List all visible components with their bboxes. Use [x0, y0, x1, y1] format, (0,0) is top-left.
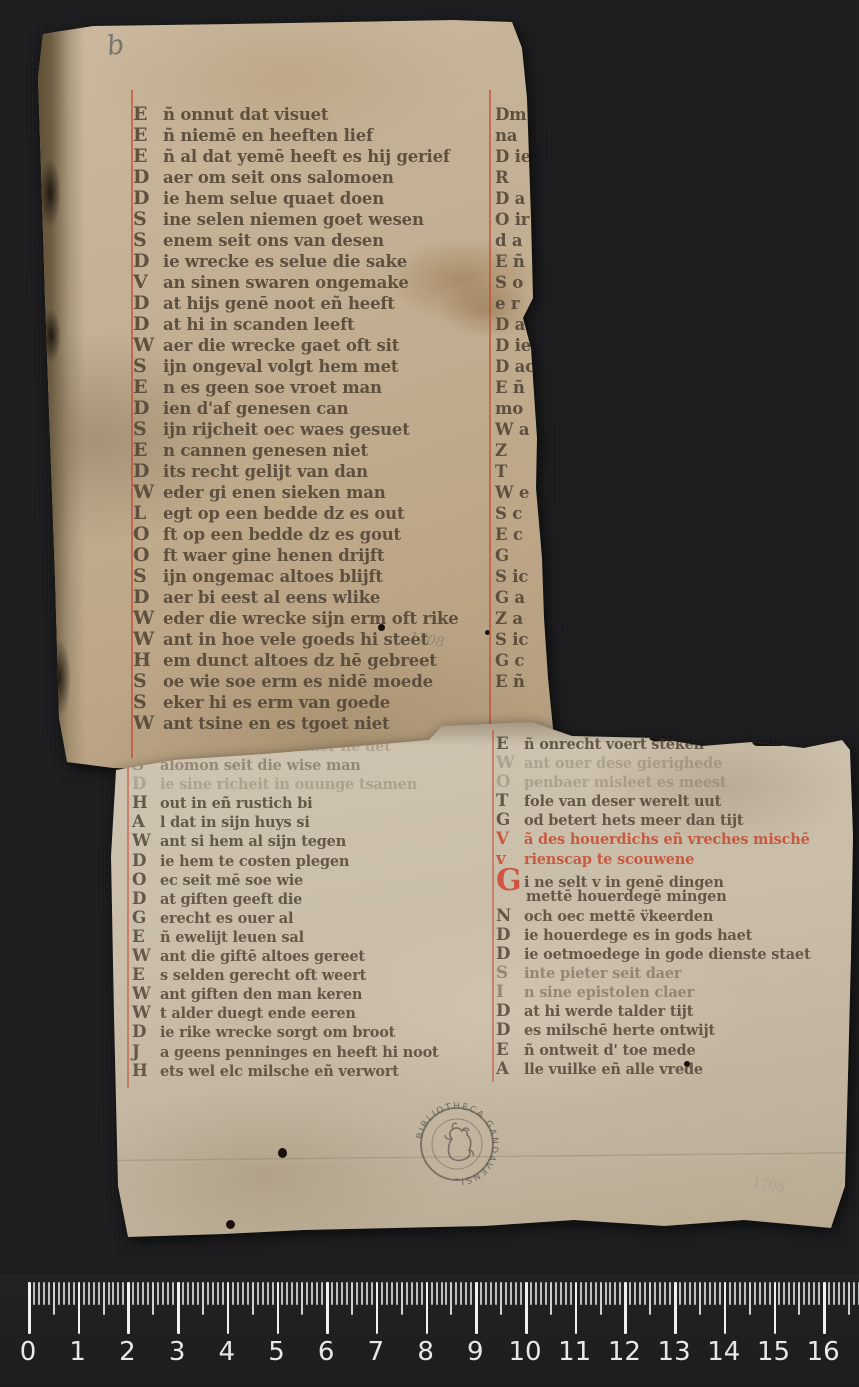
line-initial: D — [133, 251, 163, 272]
manuscript-line: Dm — [495, 104, 559, 125]
ruler-tick — [689, 1282, 691, 1305]
manuscript-line: Gerecht es ouer al — [132, 908, 439, 927]
ruler-tick — [798, 1282, 800, 1315]
manuscript-line: G c — [495, 650, 559, 671]
manuscript-line: In sine epistolen claer — [496, 982, 810, 1001]
ruler-tick — [649, 1282, 651, 1315]
manuscript-line: S ic — [495, 566, 559, 587]
line-text: ant in hoe vele goeds hi steet — [163, 630, 428, 649]
line-text: ñ onrecht voert steken — [524, 736, 704, 753]
line-text: ñ al dat yemē heeft es hij gerief — [163, 147, 450, 166]
manuscript-line: G a — [495, 587, 559, 608]
line-initial: D — [133, 167, 163, 188]
manuscript-line: Hout in eñ rustich bi — [132, 793, 439, 812]
line-initial: A — [496, 1059, 524, 1078]
ruler-tick — [530, 1282, 532, 1305]
line-text: Z a — [495, 609, 523, 628]
parchment-bottom-surface: 1708 Waer tsijn ware oft daer he uetSalo… — [104, 716, 858, 1240]
parchment-top-surface: b 1708 Eñ onnut dat visuetEñ niemē en he… — [33, 18, 561, 774]
ruler-tick — [788, 1282, 790, 1305]
ruler-tick — [555, 1282, 557, 1305]
ruler-tick — [803, 1282, 805, 1305]
ruler-tick — [291, 1282, 293, 1305]
ruler-tick — [674, 1282, 677, 1334]
line-text: d a — [495, 231, 522, 250]
line-text: G a — [495, 588, 525, 607]
manuscript-line: W e — [495, 482, 559, 503]
ruler-tick — [565, 1282, 567, 1305]
ruler-tick — [585, 1282, 587, 1305]
line-text: ñ niemē en heeften lief — [163, 126, 373, 145]
ruler-tick — [629, 1282, 631, 1305]
ruler-tick — [127, 1282, 130, 1334]
manuscript-line: Seker hi es erm van goede — [133, 692, 459, 713]
pencil-mark-b: b — [105, 29, 126, 62]
line-text: ijn rijcheit oec waes gesuet — [163, 420, 410, 439]
ruler-tick — [192, 1282, 194, 1305]
ruler-tick — [828, 1282, 830, 1305]
line-initial: V — [133, 272, 163, 293]
line-text: D ie — [495, 147, 531, 166]
line-initial: D — [496, 925, 524, 944]
line-initial: E — [132, 965, 160, 984]
manuscript-line: R — [495, 167, 559, 188]
ruler-tick — [132, 1282, 134, 1305]
ruler-tick — [88, 1282, 90, 1305]
ruler-tick — [540, 1282, 542, 1305]
library-stamp: BIBLIOTHECA GANDAVENSIS ❧ — [411, 1098, 503, 1190]
manuscript-line: En cannen genesen niet — [133, 440, 459, 461]
manuscript-line: D ie — [495, 146, 559, 167]
manuscript-line: Es selden gerecht oft weert — [132, 965, 439, 984]
ruler-tick — [436, 1282, 438, 1305]
ruler-tick — [808, 1282, 810, 1305]
ruler-tick — [714, 1282, 716, 1305]
manuscript-line: na — [495, 125, 559, 146]
manuscript-line: Die sine richeit in ouunge tsamen — [132, 774, 439, 793]
line-initial: S — [133, 419, 163, 440]
manuscript-line: Legt op een bedde dz es out — [133, 503, 459, 524]
ruler-tick — [296, 1282, 298, 1305]
ruler-tick — [277, 1282, 280, 1334]
ruler-tick — [624, 1282, 627, 1334]
ruler-tick — [774, 1282, 777, 1334]
ruler-tick — [182, 1282, 184, 1305]
line-text: O ir — [495, 210, 529, 229]
ruler-tick — [416, 1282, 418, 1305]
ruler-tick — [843, 1282, 845, 1305]
ruler-tick — [609, 1282, 611, 1305]
manuscript-line: Eñ ewelijt leuen sal — [132, 927, 439, 946]
ruler-tick — [759, 1282, 761, 1305]
ruler-tick — [505, 1282, 507, 1305]
line-text: G — [495, 546, 509, 565]
ruler-tick — [475, 1282, 478, 1334]
line-initial: W — [496, 753, 524, 772]
line-initial: E — [496, 1040, 524, 1059]
manuscript-line: Die hem te costen plegen — [132, 851, 439, 870]
manuscript-line: Eñ onrecht voert steken — [496, 734, 810, 753]
ruler-tick — [371, 1282, 373, 1305]
ruler-tick — [396, 1282, 398, 1305]
line-text: n sine epistolen claer — [524, 984, 694, 1001]
ruler-tick — [142, 1282, 144, 1305]
ruler-tick — [669, 1282, 671, 1305]
manuscript-line: T — [495, 461, 559, 482]
line-text: its recht gelijt van dan — [163, 462, 368, 481]
ruling-line — [127, 740, 129, 1088]
line-initial: D — [496, 1020, 524, 1039]
ruler-tick — [699, 1282, 701, 1315]
ruler-tick — [659, 1282, 661, 1305]
parchment-fragment-top: b 1708 Eñ onnut dat visuetEñ niemē en he… — [33, 18, 561, 774]
ruler-tick — [237, 1282, 239, 1305]
line-text: ft waer gine henen drijft — [163, 546, 384, 565]
line-initial: D — [133, 293, 163, 314]
line-initial: E — [496, 734, 524, 753]
line-text: ie wrecke es selue die sake — [163, 252, 407, 271]
svg-text:BIBLIOTHECA GANDAVENSIS: BIBLIOTHECA GANDAVENSIS — [411, 1098, 499, 1186]
manuscript-line: Vã des houerdichs eñ vreches mischē — [496, 829, 810, 848]
line-text: erecht es ouer al — [160, 910, 293, 927]
line-initial: W — [133, 335, 163, 356]
line-initial: S — [133, 209, 163, 230]
line-text: eker hi es erm van goede — [163, 693, 390, 712]
ruler-tick — [207, 1282, 209, 1305]
manuscript-line: Hets wel elc milsche eñ verwort — [132, 1061, 439, 1080]
manuscript-line: D a — [495, 188, 559, 209]
line-initial: O — [132, 870, 160, 889]
ruler-tick — [311, 1282, 313, 1305]
line-text: at hi in scanden leeft — [163, 315, 354, 334]
line-text: out in eñ rustich bi — [160, 795, 313, 812]
line-initial: W — [133, 482, 163, 503]
ruler-tick — [53, 1282, 55, 1315]
line-text: n es geen soe vroet man — [163, 378, 382, 397]
ruler-tick — [754, 1282, 756, 1305]
line-text: ine selen niemen goet wesen — [163, 210, 424, 229]
line-text: D a — [495, 189, 525, 208]
ruler-tick — [490, 1282, 492, 1305]
manuscript-line: S o — [495, 272, 559, 293]
line-initial: D — [133, 398, 163, 419]
ruler-tick — [152, 1282, 154, 1315]
ruler-tick — [222, 1282, 224, 1305]
manuscript-line: Daer bi eest al eens wlike — [133, 587, 459, 608]
ruler-tick — [306, 1282, 308, 1305]
ruler-tick — [33, 1282, 35, 1305]
line-text: ec seit mē soe wie — [160, 872, 303, 889]
line-initial: W — [132, 831, 160, 850]
ruling-line — [489, 90, 491, 758]
manuscript-line: En es geen soe vroet man — [133, 377, 459, 398]
lion-emblem — [445, 1123, 473, 1160]
line-text: es milschē herte ontwijt — [524, 1022, 715, 1039]
ruler-tick — [445, 1282, 447, 1305]
line-text: Dm — [495, 105, 526, 124]
manuscript-line: Al dat in sijn huys si — [132, 812, 439, 831]
stain — [39, 158, 61, 228]
ruler-tick — [43, 1282, 45, 1305]
ruler-tick — [267, 1282, 269, 1305]
line-initial: H — [133, 650, 163, 671]
pencil-mark-faint: 1708 — [751, 1176, 786, 1195]
line-initial: S — [496, 963, 524, 982]
ruler-tick — [833, 1282, 835, 1305]
line-text: D ac — [495, 357, 535, 376]
line-initial: W — [132, 1003, 160, 1022]
line-initial: O — [133, 545, 163, 566]
manuscript-line: Die rike wrecke sorgt om broot — [132, 1022, 439, 1041]
line-text: at hi werde talder tijt — [524, 1003, 693, 1020]
ruler-tick — [515, 1282, 517, 1305]
ruler-tick — [778, 1282, 780, 1305]
manuscript-line: Want si hem al sijn tegen — [132, 831, 439, 850]
line-initial: E — [132, 927, 160, 946]
line-initial: D — [133, 314, 163, 335]
line-initial: W — [132, 984, 160, 1003]
ruler-tick — [137, 1282, 139, 1305]
manuscript-line: Eñ niemē en heeften lief — [133, 125, 459, 146]
manuscript-line: S ic — [495, 629, 559, 650]
line-text: S ic — [495, 567, 528, 586]
ruler-tick — [336, 1282, 338, 1305]
ruler-tick — [465, 1282, 467, 1305]
line-text: ant si hem al sijn tegen — [160, 833, 346, 850]
line-text: E ñ — [495, 378, 525, 397]
line-text: ñ ontweit d' toe mede — [524, 1042, 695, 1059]
line-text: inte pieter seit daer — [524, 965, 681, 982]
ruler-tick — [217, 1282, 219, 1305]
line-text: S o — [495, 273, 523, 292]
ruler-tick — [818, 1282, 820, 1305]
manuscript-line: vrienscap te scouwene — [496, 849, 810, 868]
manuscript-line: D ie — [495, 335, 559, 356]
manuscript-line: Sijn ongemac altoes blijft — [133, 566, 459, 587]
manuscript-line: Die houerdege es in gods haet — [496, 925, 810, 944]
ruler-tick — [316, 1282, 318, 1305]
manuscript-line: Want ouer dese gierighede — [496, 753, 810, 772]
manuscript-line: Daer om seit ons salomoen — [133, 167, 459, 188]
manuscript-line: S c — [495, 503, 559, 524]
manuscript-line: Sine selen niemen goet wesen — [133, 209, 459, 230]
overlap-shadow — [104, 716, 858, 746]
ruler-tick — [272, 1282, 274, 1305]
ruler-tick — [93, 1282, 95, 1305]
ruler-tick — [406, 1282, 408, 1305]
line-text: D a — [495, 315, 525, 334]
ruler-tick — [783, 1282, 785, 1305]
ruler-tick — [709, 1282, 711, 1305]
manuscript-line: D ac — [495, 356, 559, 377]
line-text: aer om seit ons salomoen — [163, 168, 394, 187]
ruler-tick — [286, 1282, 288, 1305]
ruler-tick — [262, 1282, 264, 1305]
line-text: t alder duegt ende eeren — [160, 1005, 356, 1022]
line-initial: D — [133, 461, 163, 482]
line-initial: E — [133, 146, 163, 167]
manuscript-line: Sijn rijcheit oec waes gesuet — [133, 419, 459, 440]
ruler-tick — [495, 1282, 497, 1305]
manuscript-line: Noch oec mettē v̈keerden — [496, 906, 810, 925]
line-initial: S — [133, 566, 163, 587]
line-text: E ñ — [495, 252, 525, 271]
ruling-line — [492, 730, 494, 1082]
ruler-tick — [117, 1282, 119, 1305]
manuscript-line: Salomon seit die wise man — [132, 755, 439, 774]
line-text: od betert hets meer dan tijt — [524, 812, 743, 829]
line-text: ien d'af genesen can — [163, 399, 348, 418]
ruler-tick — [560, 1282, 562, 1305]
line-initial: W — [132, 736, 160, 755]
ruler-tick — [595, 1282, 597, 1305]
line-initial: J — [132, 1042, 160, 1061]
ruler-tick — [252, 1282, 254, 1315]
line-text: E c — [495, 525, 523, 544]
line-text: S ic — [495, 630, 528, 649]
ruler-tick — [426, 1282, 429, 1334]
ruler-tick — [813, 1282, 815, 1305]
line-text: aer tsijn ware oft daer he uet — [160, 738, 391, 755]
line-text: ets wel elc milsche eñ verwort — [160, 1063, 399, 1080]
ruler-tick — [108, 1282, 110, 1305]
text-column-right-partial: DmnaD ieRD aO ird aE ñS oe rD aD ieD acE… — [495, 104, 559, 692]
ruler-tick — [157, 1282, 159, 1305]
manuscript-line: Openbaer misleet es meest — [496, 772, 810, 791]
line-initial: E — [133, 440, 163, 461]
manuscript-line: Dat hi werde talder tijt — [496, 1001, 810, 1020]
line-initial: G — [132, 908, 160, 927]
line-text: mo — [495, 399, 523, 418]
line-text: D ie — [495, 336, 531, 355]
line-text: E ñ — [495, 672, 525, 691]
ruler-tick — [520, 1282, 522, 1305]
manuscript-line: Eñ ontweit d' toe mede — [496, 1040, 810, 1059]
manuscript-line: Gi ne selt v in genē dingen — [496, 868, 810, 887]
ruler-tick — [257, 1282, 259, 1305]
manuscript-line: e r — [495, 293, 559, 314]
ruler-tick — [351, 1282, 353, 1315]
ruler-tick — [605, 1282, 607, 1305]
ink-spot — [226, 1220, 235, 1229]
ruler-tick — [401, 1282, 403, 1315]
ruler-tick — [823, 1282, 826, 1334]
ruler-tick — [614, 1282, 616, 1305]
ruler-tick — [580, 1282, 582, 1305]
line-text: penbaer misleet es meest — [524, 774, 726, 791]
manuscript-line: Dits recht gelijt van dan — [133, 461, 459, 482]
manuscript-line: d a — [495, 230, 559, 251]
ruler-tick — [227, 1282, 230, 1334]
ruler-tick — [366, 1282, 368, 1305]
line-initial: D — [132, 1022, 160, 1041]
line-text: at giften geeft die — [160, 891, 302, 908]
manuscript-line: God betert hets meer dan tijt — [496, 810, 810, 829]
line-text: enem seit ons van desen — [163, 231, 384, 250]
manuscript-line: E ñ — [495, 671, 559, 692]
ruler-tick — [441, 1282, 443, 1305]
line-text: S c — [495, 504, 522, 523]
line-text: an sinen swaren ongemake — [163, 273, 409, 292]
ruler-tick — [212, 1282, 214, 1305]
ruler-tick — [391, 1282, 393, 1305]
line-initial: A — [132, 812, 160, 831]
manuscript-line: Eñ onnut dat visuet — [133, 104, 459, 125]
text-column-left: Waer tsijn ware oft daer he uetSalomon s… — [132, 736, 439, 1080]
ruler-tick — [341, 1282, 343, 1305]
line-initial: L — [133, 503, 163, 524]
line-initial: W — [133, 629, 163, 650]
line-text: W a — [495, 420, 529, 439]
line-text: rienscap te scouwene — [524, 851, 694, 868]
manuscript-line: Dien d'af genesen can — [133, 398, 459, 419]
manuscript-line: Eñ al dat yemē heeft es hij gerief — [133, 146, 459, 167]
manuscript-line: W a — [495, 419, 559, 440]
line-text: och oec mettē v̈keerden — [524, 908, 713, 925]
ruler-tick — [739, 1282, 741, 1305]
ruler-tick — [346, 1282, 348, 1305]
ruler-tick — [361, 1282, 363, 1305]
manuscript-line: Weder gi enen sieken man — [133, 482, 459, 503]
line-initial: O — [496, 772, 524, 791]
line-initial: D — [132, 889, 160, 908]
line-text: a geens penninges en heeft hi noot — [160, 1044, 439, 1061]
manuscript-line: E ñ — [495, 251, 559, 272]
line-text: ñ onnut dat visuet — [163, 105, 328, 124]
ruler-tick — [172, 1282, 174, 1305]
ruler-tick — [600, 1282, 602, 1315]
ruler-tick — [386, 1282, 388, 1305]
ruler-tick — [38, 1282, 40, 1305]
manuscript-line: Waer tsijn ware oft daer he uet — [132, 736, 439, 755]
line-text: e r — [495, 294, 519, 313]
line-text: at hijs genē noot eñ heeft — [163, 294, 395, 313]
ruler-tick — [838, 1282, 840, 1305]
ruler-tick — [664, 1282, 666, 1305]
line-text: ijn ongemac altoes blijft — [163, 567, 383, 586]
ruler-tick — [122, 1282, 124, 1305]
line-initial: N — [496, 906, 524, 925]
ruler-tick — [704, 1282, 706, 1305]
ruler-tick — [356, 1282, 358, 1305]
manuscript-line: Dat giften geeft die — [132, 889, 439, 908]
line-text: na — [495, 126, 517, 145]
ruler-tick — [162, 1282, 164, 1305]
stamp-ornament: ❧ — [454, 1176, 460, 1184]
manuscript-line: Ja geens penninges en heeft hi noot — [132, 1042, 439, 1061]
manuscript-line: Oft op een bedde dz es gout — [133, 524, 459, 545]
line-text: ie sine richeit in ouunge tsamen — [160, 776, 417, 793]
ruler-tick — [68, 1282, 70, 1305]
ruler: 01234567891011121314151617 — [0, 1276, 859, 1387]
manuscript-line: Want giften den man keren — [132, 984, 439, 1003]
ruler-tick — [744, 1282, 746, 1305]
ruler-tick — [450, 1282, 452, 1315]
ruler-tick — [679, 1282, 681, 1305]
manuscript-line: mo — [495, 398, 559, 419]
ruler-tick — [242, 1282, 244, 1305]
manuscript-line: Want in hoe vele goeds hi steet — [133, 629, 459, 650]
line-initial: G — [496, 810, 524, 829]
ruler-tick — [460, 1282, 462, 1305]
line-initial: O — [133, 524, 163, 545]
line-initial: S — [133, 356, 163, 377]
line-text: n cannen genesen niet — [163, 441, 368, 460]
line-text: alomon seit die wise man — [160, 757, 361, 774]
manuscript-line: Die hem selue quaet doen — [133, 188, 459, 209]
ruler-tick — [83, 1282, 85, 1305]
ruler-tick — [177, 1282, 180, 1334]
